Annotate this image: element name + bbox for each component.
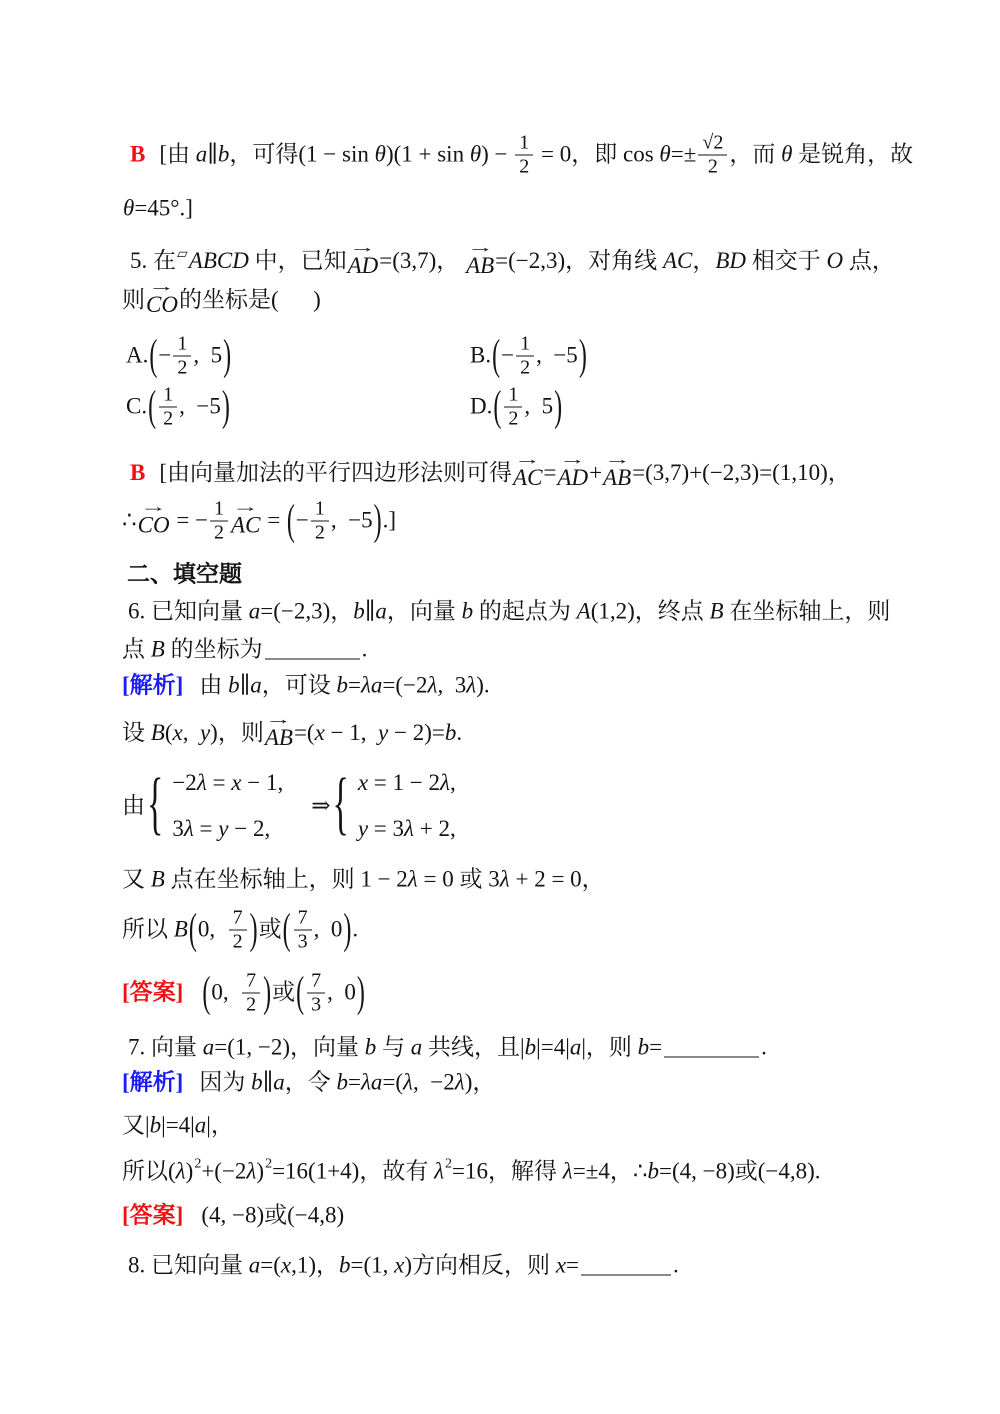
big-paren: ): [263, 966, 271, 1020]
math-var: b: [251, 1069, 263, 1098]
text-run: 或: [259, 916, 282, 945]
text-run: 6. 已知向量: [128, 598, 249, 627]
answer-5-line-2: ∴→CO = −12→AC = (−12, −5).]: [122, 499, 396, 544]
text-run: =: [649, 1034, 662, 1063]
text-run: =: [543, 459, 556, 488]
fraction: √22: [698, 133, 727, 178]
big-paren: ): [250, 903, 258, 957]
text-run: 或: [272, 979, 295, 1008]
math-var: b: [228, 672, 240, 701]
big-paren: (: [287, 494, 295, 548]
analysis-7-line-3: 所以(λ)2+(−2λ)2=16(1+4)，故有 λ2=16，解得 λ=±4，∴…: [122, 1158, 821, 1187]
text-run: =(−2: [382, 672, 427, 701]
math-var: BD: [715, 247, 746, 276]
blank-underline: [265, 636, 360, 660]
cases-column: x = 1 − 2λ,y = 3λ + 2,: [358, 769, 456, 844]
math-var: a: [203, 1034, 215, 1063]
text-run: ▱: [177, 246, 188, 264]
vector-arrow-icon: →: [349, 244, 376, 254]
math-var: x: [231, 769, 241, 798]
vector-base: AB: [466, 254, 494, 278]
big-paren: ): [357, 966, 365, 1020]
math-var: B: [151, 719, 165, 748]
math-var: λ: [455, 1069, 465, 1098]
text-run: 是锐角，故: [792, 141, 913, 170]
vector-base: AB: [265, 726, 293, 750]
vector-arrow-icon: →: [232, 504, 259, 514]
text-run: −: [158, 342, 171, 371]
vector-arrow-icon: →: [140, 504, 167, 514]
math-var: λ: [197, 769, 207, 798]
text-run: , −5: [331, 507, 373, 536]
fraction: 73: [294, 908, 312, 953]
math-var: λ: [563, 1158, 573, 1187]
text-run: 的坐标是( ): [179, 286, 321, 315]
math-var: B: [151, 636, 165, 665]
text-run: .: [761, 1034, 767, 1063]
brace-icon: {: [333, 762, 349, 849]
math-var: θ: [781, 141, 792, 170]
fraction-numerator: 1: [173, 334, 191, 357]
text-run: B.: [470, 342, 491, 371]
vector-co: →CO: [138, 504, 170, 538]
vector-base: AB: [603, 466, 631, 490]
math-var: λ: [428, 672, 438, 701]
fraction-numerator: 7: [229, 908, 247, 931]
text-run: −2: [172, 769, 196, 798]
math-var: λ: [466, 672, 476, 701]
text-run: , −5: [179, 393, 221, 422]
big-paren: ): [222, 380, 230, 434]
math-var: a: [196, 141, 208, 170]
text-run: =16，解得: [452, 1158, 563, 1187]
vector-arrow-icon: →: [148, 283, 175, 293]
math-var: b: [150, 1112, 162, 1141]
cases-line: −2λ = x − 1,: [172, 769, 283, 798]
math-var: a: [375, 598, 387, 627]
math-var: a: [273, 1069, 285, 1098]
math-var: A: [577, 598, 591, 627]
fraction-denominator: 2: [214, 522, 224, 544]
fraction-denominator: 2: [519, 156, 529, 178]
math-var: AC: [663, 247, 692, 276]
fraction: 73: [307, 971, 325, 1016]
text-run: ,: [450, 769, 456, 798]
math-var: y: [358, 815, 368, 844]
fraction-denominator: 2: [233, 931, 243, 953]
fraction-denominator: 2: [163, 408, 173, 430]
text-run: =: [194, 815, 218, 844]
question-6-line-2: 点 B 的坐标为.: [122, 636, 367, 665]
text-run: = 3: [368, 815, 404, 844]
math-var: b: [647, 1158, 659, 1187]
text-run: −: [501, 342, 514, 371]
document-page: B[由 a∥b，可得(1 − sin θ)(1 + sin θ) − 12 = …: [0, 0, 1000, 1414]
math-var: y: [200, 719, 210, 748]
fraction-denominator: 2: [708, 156, 718, 178]
text-run: )，: [465, 1069, 496, 1098]
text-run: =(3,7)+(−2,3)=(1,10)，: [632, 459, 851, 488]
question-7: 7. 向量 a=(1, −2)，向量 b 与 a 共线，且|b|=4|a|，则 …: [128, 1034, 767, 1063]
superscript: 2: [194, 1158, 201, 1172]
equation-cases: {−2λ = x − 1,3λ = y − 2,: [147, 769, 283, 844]
big-paren: (: [283, 903, 291, 957]
math-var: λ: [403, 1069, 413, 1098]
math-var: x: [172, 719, 182, 748]
math-var: b: [339, 1252, 351, 1281]
math-var: θ: [470, 141, 481, 170]
option-a: A.(−12, 5): [126, 334, 232, 379]
text-run: )方向相反，则: [404, 1252, 555, 1281]
math-var: x: [315, 719, 325, 748]
answer-5-line-1: B[由向量加法的平行四边形法则可得→AC=→AD+→AB=(3,7)+(−2,3…: [130, 456, 851, 490]
math-var: b: [336, 1069, 348, 1098]
text-run: ∥: [207, 141, 218, 170]
fraction-denominator: 2: [520, 357, 530, 379]
text-run: 由: [199, 672, 228, 701]
vector-base: AD: [348, 254, 379, 278]
text-run: =16(1+4)，故有: [272, 1158, 434, 1187]
text-run: =±4，∴: [573, 1158, 648, 1187]
math-var: a: [570, 1034, 582, 1063]
fraction-numerator: 1: [504, 385, 522, 408]
question-5-line-2: 则→CO的坐标是( ): [122, 283, 321, 317]
text-run: .]: [383, 507, 396, 536]
brace-icon: {: [147, 762, 163, 849]
text-run: .: [362, 636, 368, 665]
text-run: 0,: [198, 916, 227, 945]
text-run: .: [673, 1252, 679, 1281]
text-run: = 0 或 3: [418, 866, 500, 895]
math-var: x: [281, 1252, 291, 1281]
math-var: O: [827, 247, 844, 276]
math-var: y: [218, 815, 228, 844]
fraction: 12: [504, 385, 522, 430]
text-run: ，可设: [262, 672, 337, 701]
text-run: |=4|: [161, 1112, 195, 1141]
cases-line: 3λ = y − 2,: [172, 815, 283, 844]
fraction-denominator: 2: [315, 522, 325, 544]
text-run: +(−2: [201, 1158, 246, 1187]
text-run: [解析]: [122, 1069, 183, 1098]
analysis-6-line-5: 所以 B(0, 72)或(73, 0).: [122, 908, 358, 953]
text-run: − 2,: [229, 815, 271, 844]
big-paren: (: [202, 966, 210, 1020]
text-run: 由: [122, 792, 145, 821]
vector-arrow-icon: →: [514, 456, 541, 466]
fraction-numerator: 1: [311, 499, 329, 522]
answer-7: [答案](4, −8)或(−4,8): [122, 1202, 344, 1231]
fraction: 12: [173, 334, 191, 379]
vector-ad: →AD: [348, 244, 379, 278]
math-var: θ: [659, 141, 670, 170]
vector-ac: →AC: [513, 456, 542, 490]
text-run: ∥: [240, 672, 251, 701]
fraction-numerator: 1: [210, 499, 228, 522]
text-run: B: [130, 141, 145, 170]
math-var: B: [151, 866, 165, 895]
text-run: B: [130, 459, 145, 488]
blank-underline: [664, 1034, 759, 1058]
text-run: |，则: [581, 1034, 637, 1063]
text-run: =: [261, 507, 285, 536]
text-run: [由: [159, 141, 195, 170]
math-var: b: [525, 1034, 537, 1063]
text-run: 0,: [211, 979, 240, 1008]
section-2-heading: 二、填空题: [127, 561, 242, 590]
vector-ab: →AB: [466, 244, 494, 278]
text-run: , 5: [193, 342, 222, 371]
text-run: ，令: [285, 1069, 337, 1098]
text-run: 3: [172, 815, 184, 844]
analysis-7-line-1: [解析]因为 b∥a，令 b=λa=(λ, −2λ)，: [122, 1069, 495, 1098]
text-run: ): [256, 1158, 264, 1187]
fraction-numerator: 7: [242, 971, 260, 994]
math-var: b: [462, 598, 474, 627]
text-run: )，则: [210, 719, 264, 748]
analysis-6-line-1: [解析]由 b∥a，可设 b=λa=(−2λ, 3λ).: [122, 672, 490, 701]
text-run: −: [296, 507, 309, 536]
fraction: 12: [159, 385, 177, 430]
text-run: ，向量: [387, 598, 462, 627]
text-run: 二、填空题: [127, 561, 242, 590]
answer-6: [答案](0, 72)或(73, 0): [122, 971, 366, 1016]
text-run: ，而: [729, 141, 781, 170]
math-var: θ: [375, 141, 386, 170]
text-run: =: [348, 1069, 361, 1098]
option-d: D.(12, 5): [470, 385, 563, 430]
text-run: )(1 + sin: [386, 141, 470, 170]
vector-ac: →AC: [231, 504, 260, 538]
text-run: 5. 在: [130, 247, 176, 276]
vector-arrow-icon: →: [559, 456, 586, 466]
fraction-numerator: 1: [515, 133, 533, 156]
cases-line: y = 3λ + 2,: [358, 815, 456, 844]
text-run: 8. 已知向量: [128, 1252, 249, 1281]
question-6-line-1: 6. 已知向量 a=(−2,3)，b∥a，向量 b 的起点为 A(1,2)，终点…: [128, 598, 890, 627]
text-run: 共线，且|: [422, 1034, 524, 1063]
text-run: [答案]: [122, 979, 183, 1008]
superscript: 2: [445, 1158, 452, 1172]
text-run: =(: [382, 1069, 403, 1098]
math-var: B: [174, 916, 188, 945]
text-run: , 0: [327, 979, 356, 1008]
text-run: + 2,: [414, 815, 456, 844]
text-run: 又: [122, 866, 151, 895]
blank-underline: [581, 1252, 671, 1276]
vector-ab: →AB: [265, 716, 293, 750]
math-var: λa: [361, 1069, 382, 1098]
math-var: b: [365, 1034, 377, 1063]
big-paren: ): [223, 329, 231, 383]
math-var: a: [411, 1034, 423, 1063]
fraction-denominator: 2: [177, 357, 187, 379]
text-run: C.: [126, 393, 147, 422]
fraction-denominator: 3: [298, 931, 308, 953]
text-run: + 2 = 0，: [510, 866, 605, 895]
superscript: 2: [265, 1158, 272, 1172]
option-b: B.(−12, −5): [470, 334, 588, 379]
vector-co: →CO: [146, 283, 178, 317]
fraction-numerator: 7: [294, 908, 312, 931]
text-run: [解析]: [122, 672, 183, 701]
text-run: 因为: [199, 1069, 251, 1098]
math-var: a: [249, 1252, 261, 1281]
text-run: ) −: [481, 141, 513, 170]
equation-cases: {x = 1 − 2λ,y = 3λ + 2,: [333, 769, 456, 844]
fraction-denominator: 2: [508, 408, 518, 430]
text-run: = 0，即 cos: [535, 141, 659, 170]
text-run: =: [348, 672, 361, 701]
vector-base: CO: [146, 293, 178, 317]
text-run: 相交于: [746, 247, 827, 276]
text-run: (1,2)，终点: [591, 598, 710, 627]
fraction-numerator: 7: [307, 971, 325, 994]
text-run: =: [566, 1252, 579, 1281]
fraction: 72: [229, 908, 247, 953]
text-run: =(: [294, 719, 315, 748]
math-var: λa: [361, 672, 382, 701]
cases-column: −2λ = x − 1,3λ = y − 2,: [172, 769, 283, 844]
big-paren: (: [492, 329, 500, 383]
question-5-line-1: 5. 在▱ABCD 中，已知→AD=(3,7)， →AB=(−2,3)，对角线 …: [130, 244, 895, 278]
math-var: y: [378, 719, 388, 748]
text-run: =(1,: [351, 1252, 395, 1281]
text-run: , −5: [536, 342, 578, 371]
vector-base: AC: [513, 466, 542, 490]
math-var: x: [556, 1252, 566, 1281]
big-paren: ): [374, 494, 382, 548]
text-run: D.: [470, 393, 492, 422]
text-run: 点在坐标轴上，则 1 − 2: [165, 866, 408, 895]
text-run: − 2)=: [388, 719, 445, 748]
text-run: 设: [122, 719, 151, 748]
vector-arrow-icon: →: [604, 456, 631, 466]
text-run: .: [456, 719, 462, 748]
fraction-numerator: 1: [159, 385, 177, 408]
text-run: +: [589, 459, 602, 488]
text-run: [答案]: [122, 1202, 183, 1231]
fraction: 12: [515, 133, 533, 178]
text-run: ∥: [263, 1069, 274, 1098]
math-var: λ: [434, 1158, 444, 1187]
math-var: λ: [408, 866, 418, 895]
text-run: 点: [122, 636, 151, 665]
fraction-numerator: 1: [516, 334, 534, 357]
text-run: , 0: [314, 916, 343, 945]
math-var: ABCD: [189, 247, 249, 276]
fraction: 72: [242, 971, 260, 1016]
text-run: |，: [206, 1112, 234, 1141]
text-run: [由向量加法的平行四边形法则可得: [159, 459, 512, 488]
math-var: λ: [176, 1158, 186, 1187]
math-var: a: [195, 1112, 207, 1141]
math-var: a: [250, 672, 262, 701]
text-run: 在坐标轴上，则: [724, 598, 891, 627]
text-run: , 5: [524, 393, 553, 422]
big-paren: (: [149, 329, 157, 383]
text-run: .: [352, 916, 358, 945]
text-run: = 1 − 2: [368, 769, 440, 798]
vector-ad: →AD: [557, 456, 588, 490]
math-var: λ: [500, 866, 510, 895]
big-paren: (: [296, 966, 304, 1020]
text-run: =45°.]: [134, 195, 193, 224]
text-run: , −2: [413, 1069, 455, 1098]
math-var: λ: [440, 769, 450, 798]
vector-arrow-icon: →: [265, 716, 292, 726]
math-var: λ: [184, 815, 194, 844]
fraction: 12: [516, 334, 534, 379]
question-8: 8. 已知向量 a=(x,1)，b=(1, x)方向相反，则 x=.: [128, 1252, 679, 1281]
vector-base: AD: [557, 466, 588, 490]
math-var: x: [358, 769, 368, 798]
text-run: 的起点为: [473, 598, 577, 627]
text-run: ∴: [122, 507, 137, 536]
text-run: =: [207, 769, 231, 798]
analysis-7-line-2: 又|b|=4|a|，: [122, 1112, 234, 1141]
text-run: =(1, −2)，向量: [214, 1034, 365, 1063]
text-run: ∥: [365, 598, 376, 627]
math-var: θ: [123, 195, 134, 224]
math-var: b: [638, 1034, 650, 1063]
math-var: b: [218, 141, 230, 170]
math-var: b: [445, 719, 457, 748]
cases-line: x = 1 − 2λ,: [358, 769, 456, 798]
answer-4-line-1: B[由 a∥b，可得(1 − sin θ)(1 + sin θ) − 12 = …: [130, 133, 913, 178]
fraction: 12: [311, 499, 329, 544]
vector-base: AC: [231, 514, 260, 538]
math-var: λ: [404, 815, 414, 844]
big-paren: (: [493, 380, 501, 434]
text-run: (4, −8)或(−4,8): [201, 1202, 344, 1231]
big-paren: ): [343, 903, 351, 957]
text-run: ): [186, 1158, 194, 1187]
fraction-denominator: 3: [311, 994, 321, 1016]
text-run: , 3: [437, 672, 466, 701]
big-paren: ): [554, 380, 562, 434]
text-run: =(4, −8)或(−4,8).: [659, 1158, 821, 1187]
vector-arrow-icon: →: [467, 244, 494, 254]
analysis-6-line-4: 又 B 点在坐标轴上，则 1 − 2λ = 0 或 3λ + 2 = 0，: [122, 866, 605, 895]
text-run: ，可得(1 − sin: [229, 141, 374, 170]
answer-4-line-2: θ=45°.]: [123, 195, 193, 224]
option-c: C.(12, −5): [126, 385, 231, 430]
text-run: 中，已知: [249, 247, 347, 276]
text-run: |=4|: [536, 1034, 570, 1063]
fraction-denominator: 2: [246, 994, 256, 1016]
text-run: 又|: [122, 1112, 150, 1141]
fraction-numerator: √2: [698, 133, 727, 156]
text-run: − 1,: [325, 719, 378, 748]
text-run: 点，: [843, 247, 895, 276]
text-run: =(3,7)，: [379, 247, 465, 276]
text-run: 则: [122, 286, 145, 315]
text-run: 7. 向量: [128, 1034, 203, 1063]
math-var: λ: [246, 1158, 256, 1187]
math-var: x: [394, 1252, 404, 1281]
text-run: =(−2,3)，: [260, 598, 353, 627]
text-run: ，: [692, 247, 715, 276]
vector-base: CO: [138, 514, 170, 538]
math-var: b: [353, 598, 365, 627]
text-run: ,: [183, 719, 200, 748]
big-paren: (: [189, 903, 197, 957]
text-run: 与: [376, 1034, 411, 1063]
text-run: 所以: [122, 916, 174, 945]
text-run: =(−2,3)，对角线: [495, 247, 663, 276]
text-run: =(: [260, 1252, 281, 1281]
